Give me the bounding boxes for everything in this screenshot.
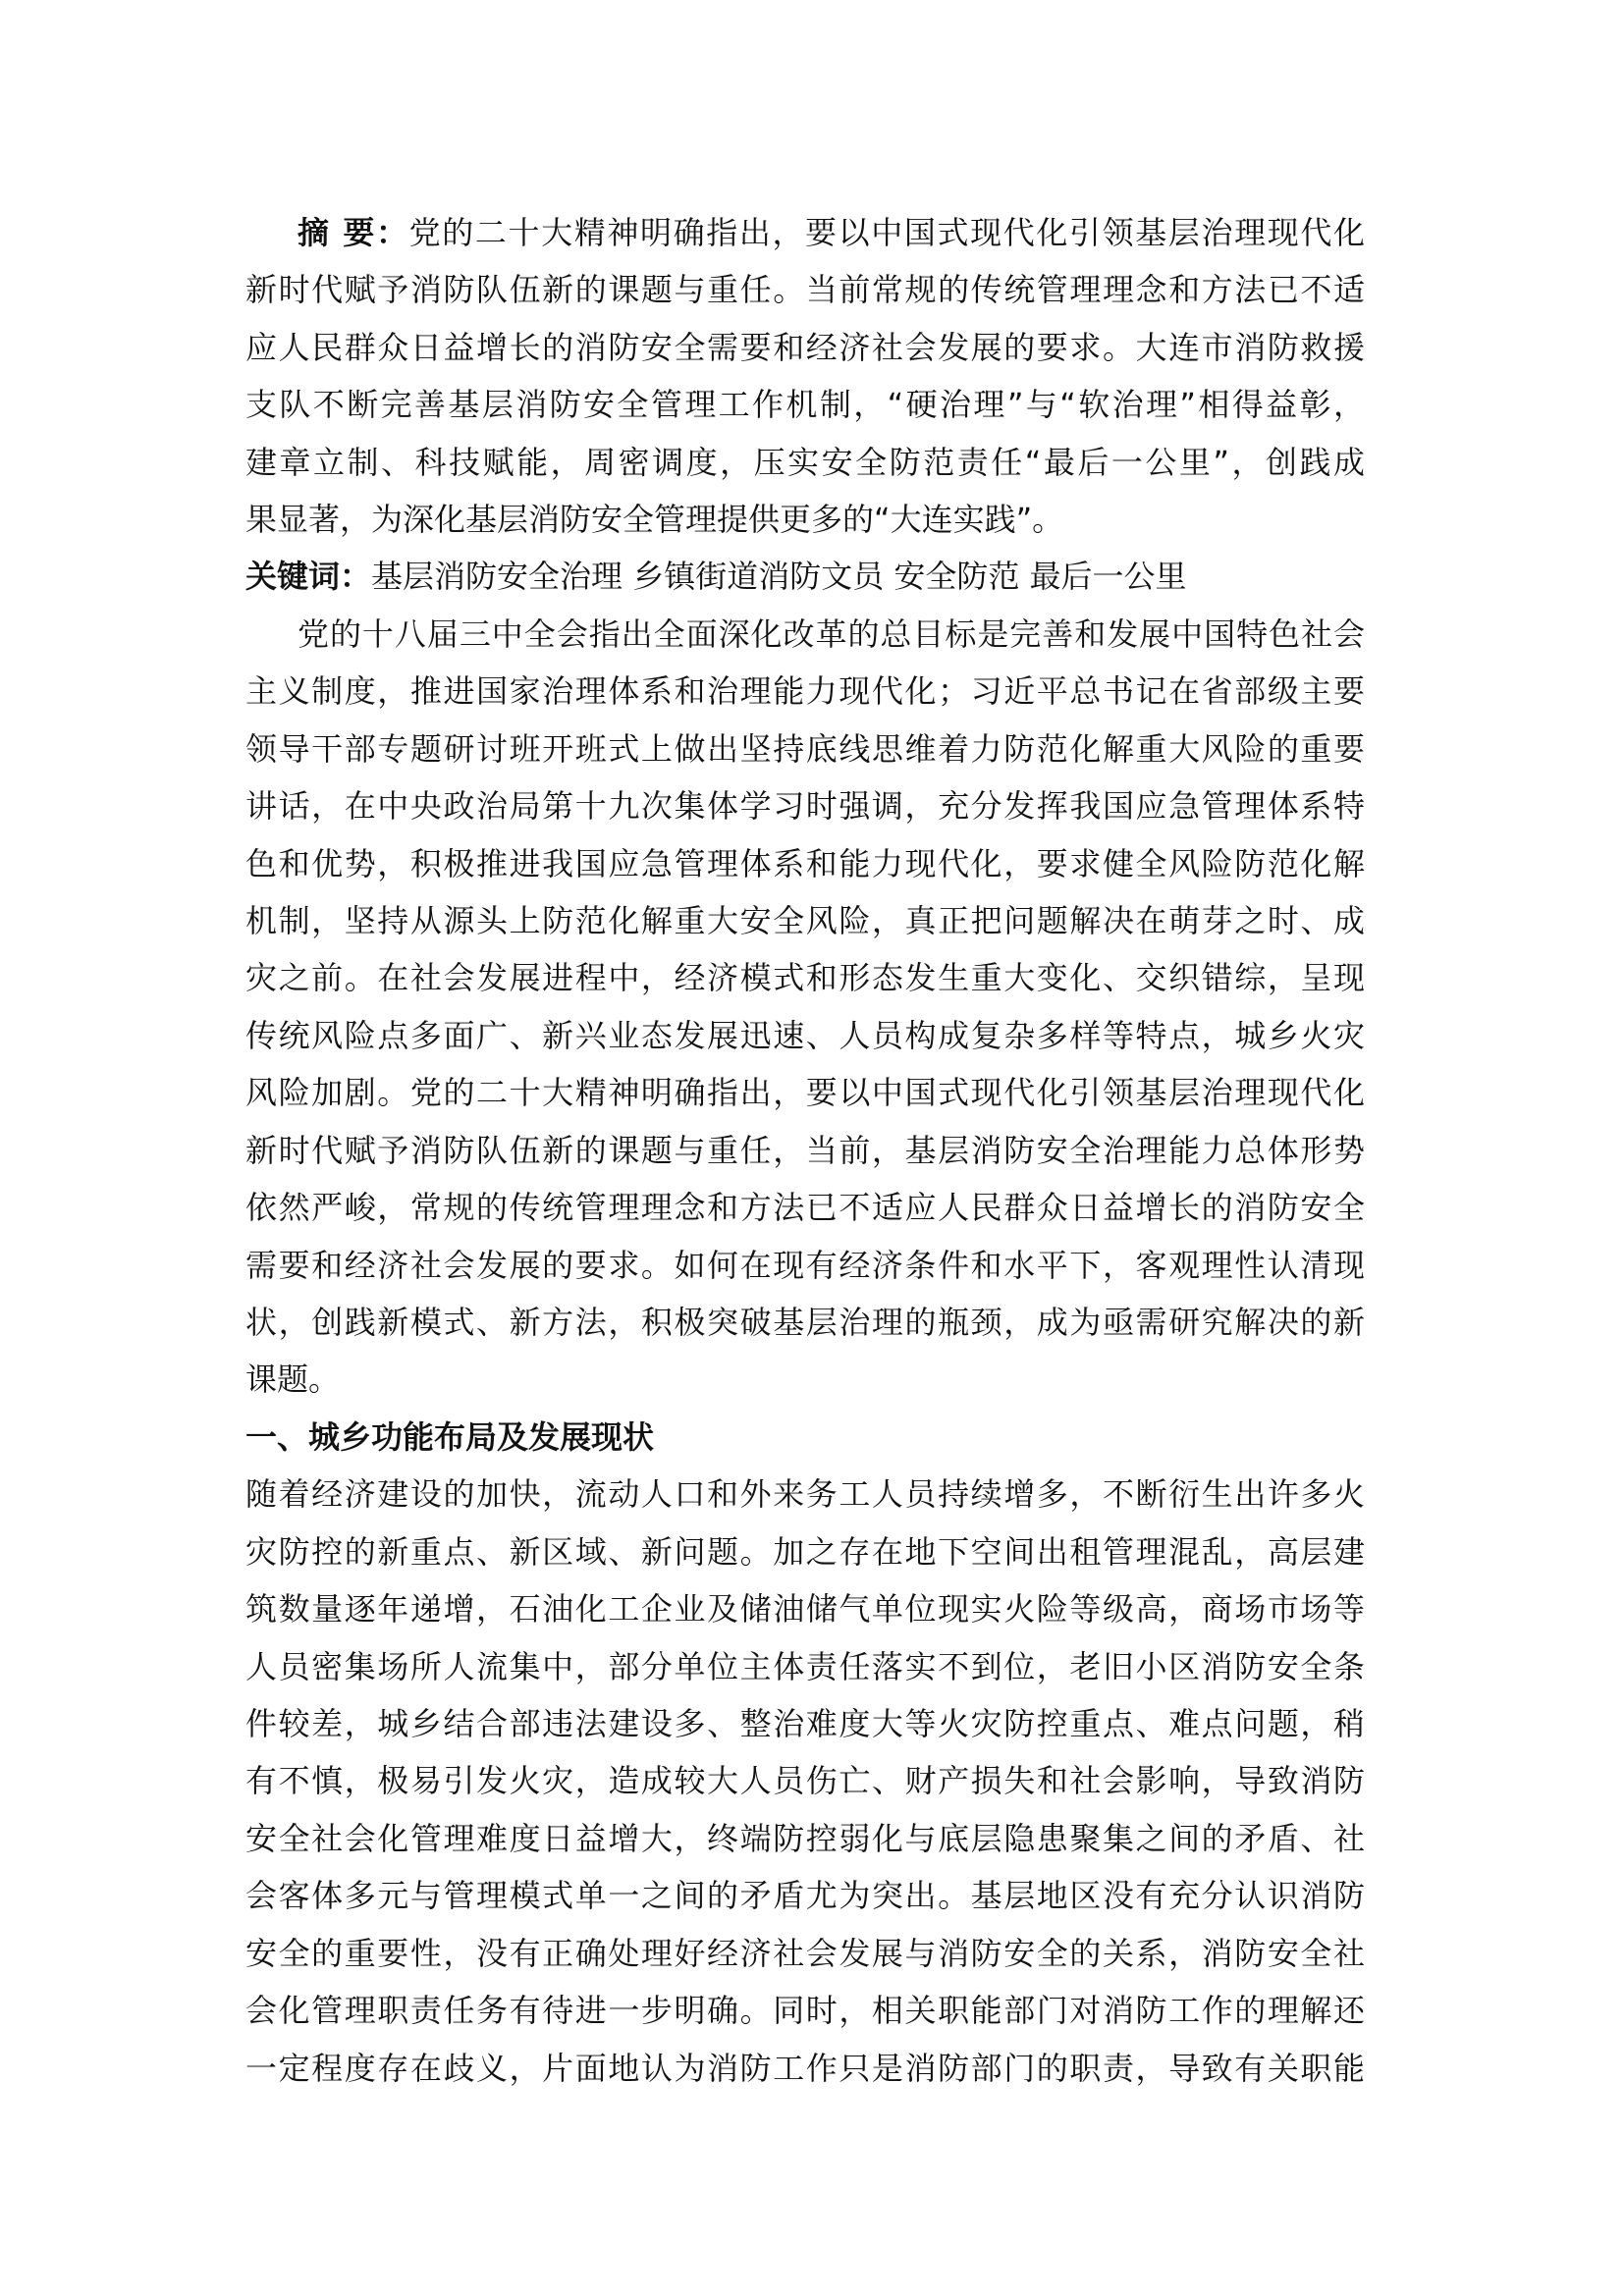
intro-line: 依然严峻，常规的传统管理理念和方法已不适应人民群众日益增长的消防安全: [245, 1183, 1365, 1232]
intro-line: 讲话，在中央政治局第十九次集体学习时强调，充分发挥我国应急管理体系特: [245, 781, 1365, 830]
intro-line: 需要和经济社会发展的要求。如何在现有经济条件和水平下，客观理性认清现: [245, 1241, 1365, 1290]
intro-line: 风险加剧。党的二十大精神明确指出，要以中国式现代化引领基层治理现代化: [245, 1068, 1365, 1117]
abstract-line: 应人民群众日益增长的消防安全需要和经济社会发展的要求。大连市消防救援: [245, 323, 1365, 372]
intro-line: 课题。: [245, 1355, 1365, 1404]
document-page: 摘 要：党的二十大精神明确指出，要以中国式现代化引领基层治理现代化 新时代赋予消…: [0, 0, 1624, 2296]
section-line: 安全的重要性，没有正确处理好经济社会发展与消防安全的关系，消防安全社: [245, 1929, 1365, 1978]
section-line: 筑数量逐年递增，石油化工企业及储油储气单位现实火险等级高，商场市场等: [245, 1584, 1365, 1633]
keywords-label: 关键词：: [245, 558, 371, 595]
section-line: 会客体多元与管理模式单一之间的矛盾尤为突出。基层地区没有充分认识消防: [245, 1871, 1365, 1920]
intro-line: 领导干部专题研讨班开班式上做出坚持底线思维着力防范化解重大风险的重要: [245, 724, 1365, 774]
abstract-label: 摘 要：: [298, 214, 409, 251]
intro-line: 状，创践新模式、新方法，积极突破基层治理的瓶颈，成为亟需研究解决的新: [245, 1298, 1365, 1347]
section-line: 安全社会化管理难度日益增大，终端防控弱化与底层隐患聚集之间的矛盾、社: [245, 1814, 1365, 1863]
abstract-line: 建章立制、科技赋能，周密调度，压实安全防范责任“最后一公里”，创践成: [245, 438, 1365, 487]
intro-line: 主义制度，推进国家治理体系和治理能力现代化；习近平总书记在省部级主要: [245, 667, 1365, 716]
section-line: 灾防控的新重点、新区域、新问题。加之存在地下空间出租管理混乱，高层建: [245, 1527, 1365, 1576]
keywords-text: 基层消防安全治理 乡镇街道消防文员 安全防范 最后一公里: [371, 558, 1187, 595]
intro-line: 灾之前。在社会发展进程中，经济模式和形态发生重大变化、交织错综，呈现: [245, 953, 1365, 1002]
intro-line: 机制，坚持从源头上防范化解重大安全风险，真正把问题解决在萌芽之时、成: [245, 896, 1365, 945]
abstract-line: 支队不断完善基层消防安全管理工作机制，“硬治理”与“软治理”相得益彰，: [245, 380, 1365, 429]
section-line: 一定程度存在歧义，片面地认为消防工作只是消防部门的职责，导致有关职能: [245, 2044, 1365, 2093]
abstract-line: 果显著，为深化基层消防安全管理提供更多的“大连实践”。: [245, 495, 1365, 544]
intro-line: 色和优势，积极推进我国应急管理体系和能力现代化，要求健全风险防范化解: [245, 839, 1365, 888]
section-line: 件较差，城乡结合部违法建设多、整治难度大等火灾防控重点、难点问题，稍: [245, 1699, 1365, 1748]
section-line: 有不慎，极易引发火灾，造成较大人员伤亡、财产损失和社会影响，导致消防: [245, 1756, 1365, 1805]
abstract-text: 党的二十大精神明确指出，要以中国式现代化引领基层治理现代化: [409, 214, 1365, 251]
section-line: 会化管理职责任务有待进一步明确。同时，相关职能部门对消防工作的理解还: [245, 1986, 1365, 2035]
section-line: 随着经济建设的加快，流动人口和外来务工人员持续增多，不断衍生出许多火: [245, 1469, 1365, 1519]
abstract-line-1: 摘 要：党的二十大精神明确指出，要以中国式现代化引领基层治理现代化: [298, 208, 1365, 257]
abstract-line: 新时代赋予消防队伍新的课题与重任。当前常规的传统管理理念和方法已不适: [245, 265, 1365, 314]
intro-line: 新时代赋予消防队伍新的课题与重任，当前，基层消防安全治理能力总体形势: [245, 1126, 1365, 1175]
section-line: 人员密集场所人流集中，部分单位主体责任落实不到位，老旧小区消防安全条: [245, 1642, 1365, 1691]
keywords-line: 关键词：基层消防安全治理 乡镇街道消防文员 安全防范 最后一公里: [245, 552, 1365, 601]
intro-line: 传统风险点多面广、新兴业态发展迅速、人员构成复杂多样等特点，城乡火灾: [245, 1011, 1365, 1060]
section-heading: 一、城乡功能布局及发展现状: [245, 1413, 1365, 1462]
intro-line: 党的十八届三中全会指出全面深化改革的总目标是完善和发展中国特色社会: [298, 610, 1365, 659]
